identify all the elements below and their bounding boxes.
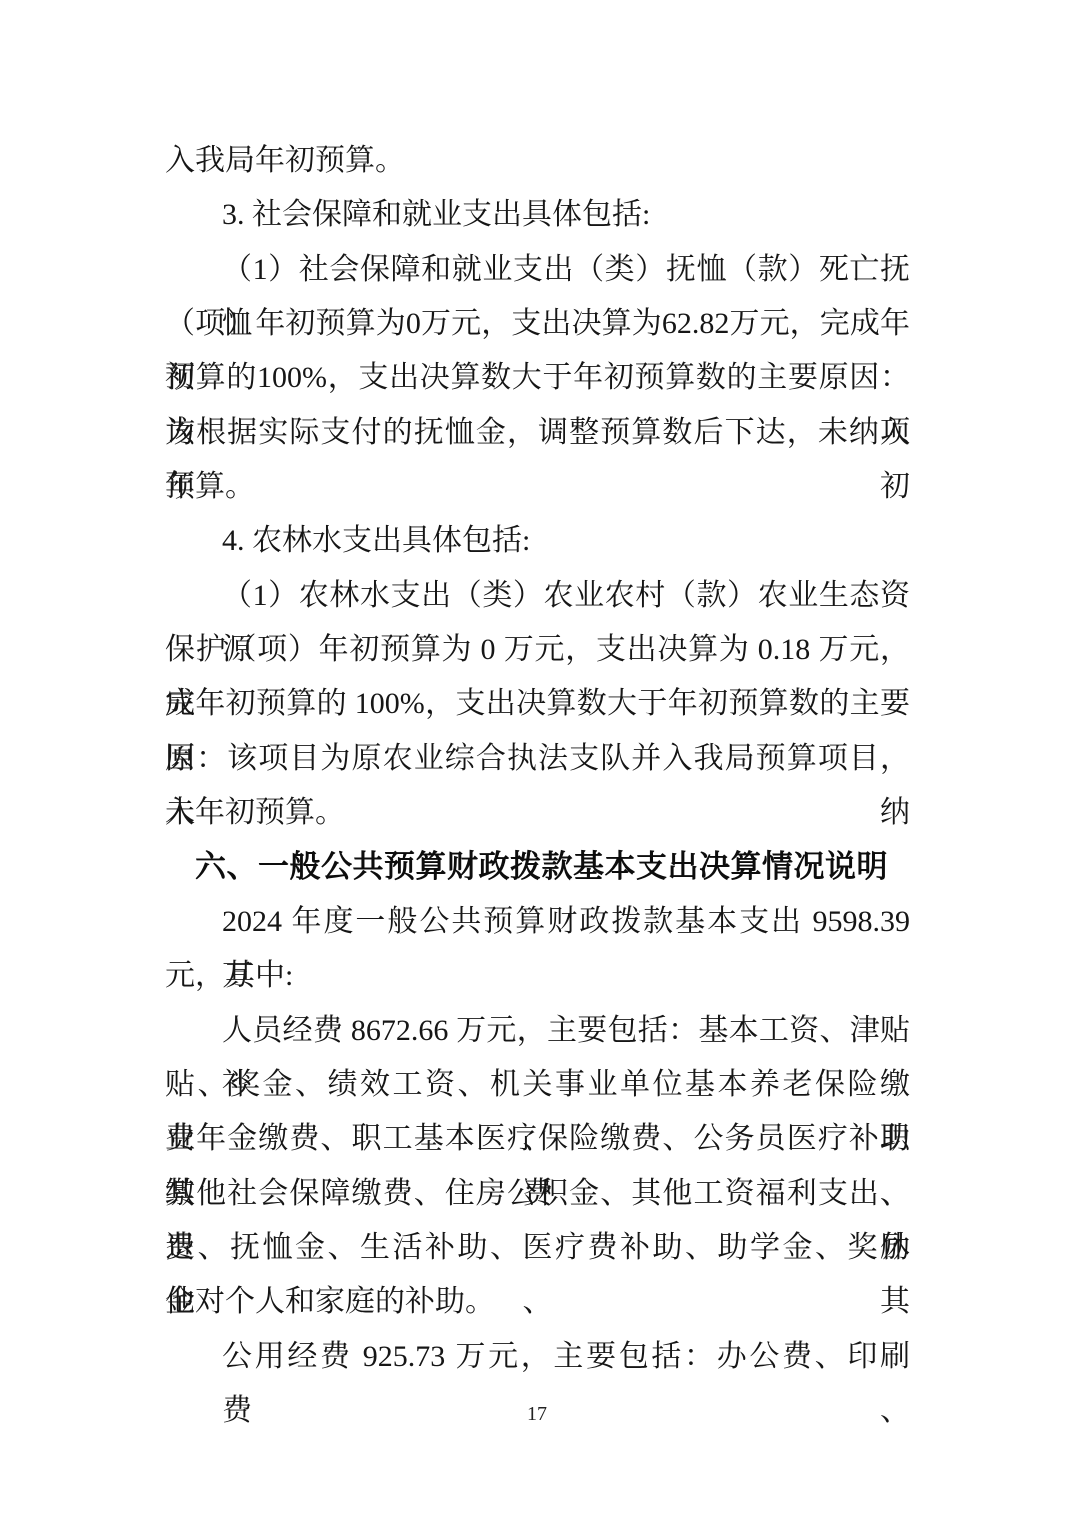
text-line: 贴、奖金、绩效工资、机关事业单位基本养老保险缴费、职 (165, 1058, 910, 1112)
text-line: 2024 年度一般公共预算财政拨款基本支出 9598.39 万 (165, 895, 910, 949)
document-lines: 入我局年初预算。3. 社会保障和就业支出具体包括:（1）社会保障和就业支出（类）… (165, 134, 910, 1384)
text-line: 为根据实际支付的抚恤金，调整预算数后下达，未纳入年初 (165, 406, 910, 460)
page-number: 17 (0, 1403, 1074, 1426)
text-line: 其他社会保障缴费、住房公积金、其他工资福利支出、退休 (165, 1167, 910, 1221)
text-line: 因：该项目为原农业综合执法支队并入我局预算项目，未纳 (165, 732, 910, 786)
text-line: 3. 社会保障和就业支出具体包括: (165, 188, 910, 242)
text-line: （1）农林水支出（类）农业农村（款）农业生态资源 (165, 569, 910, 623)
text-line: 元，其中: (165, 949, 910, 1003)
text-line: 费、抚恤金、生活补助、医疗费补助、助学金、奖励金、其 (165, 1221, 910, 1275)
text-line: 公用经费 925.73 万元，主要包括：办公费、印刷费、 (165, 1330, 910, 1384)
text-line: （1）社会保障和就业支出（类）抚恤（款）死亡抚恤 (165, 243, 910, 297)
text-line: 预算的100%，支出决算数大于年初预算数的主要原因：该项 (165, 351, 910, 405)
text-line: 4. 农林水支出具体包括: (165, 514, 910, 568)
text-line: 成年初预算的 100%，支出决算数大于年初预算数的主要原 (165, 677, 910, 731)
document-page: 入我局年初预算。3. 社会保障和就业支出具体包括:（1）社会保障和就业支出（类）… (0, 0, 1074, 1520)
text-line: 人员经费 8672.66 万元，主要包括：基本工资、津贴补 (165, 1004, 910, 1058)
text-line: 业年金缴费、职工基本医疗保险缴费、公务员医疗补助缴费、 (165, 1112, 910, 1166)
section-heading: 六、一般公共预算财政拨款基本支出决算情况说明 (165, 840, 910, 894)
text-line: 入我局年初预算。 (165, 134, 910, 188)
text-line: 保护（项）年初预算为 0 万元，支出决算为 0.18 万元，完 (165, 623, 910, 677)
text-line: （项）年初预算为0万元，支出决算为62.82万元，完成年初 (165, 297, 910, 351)
